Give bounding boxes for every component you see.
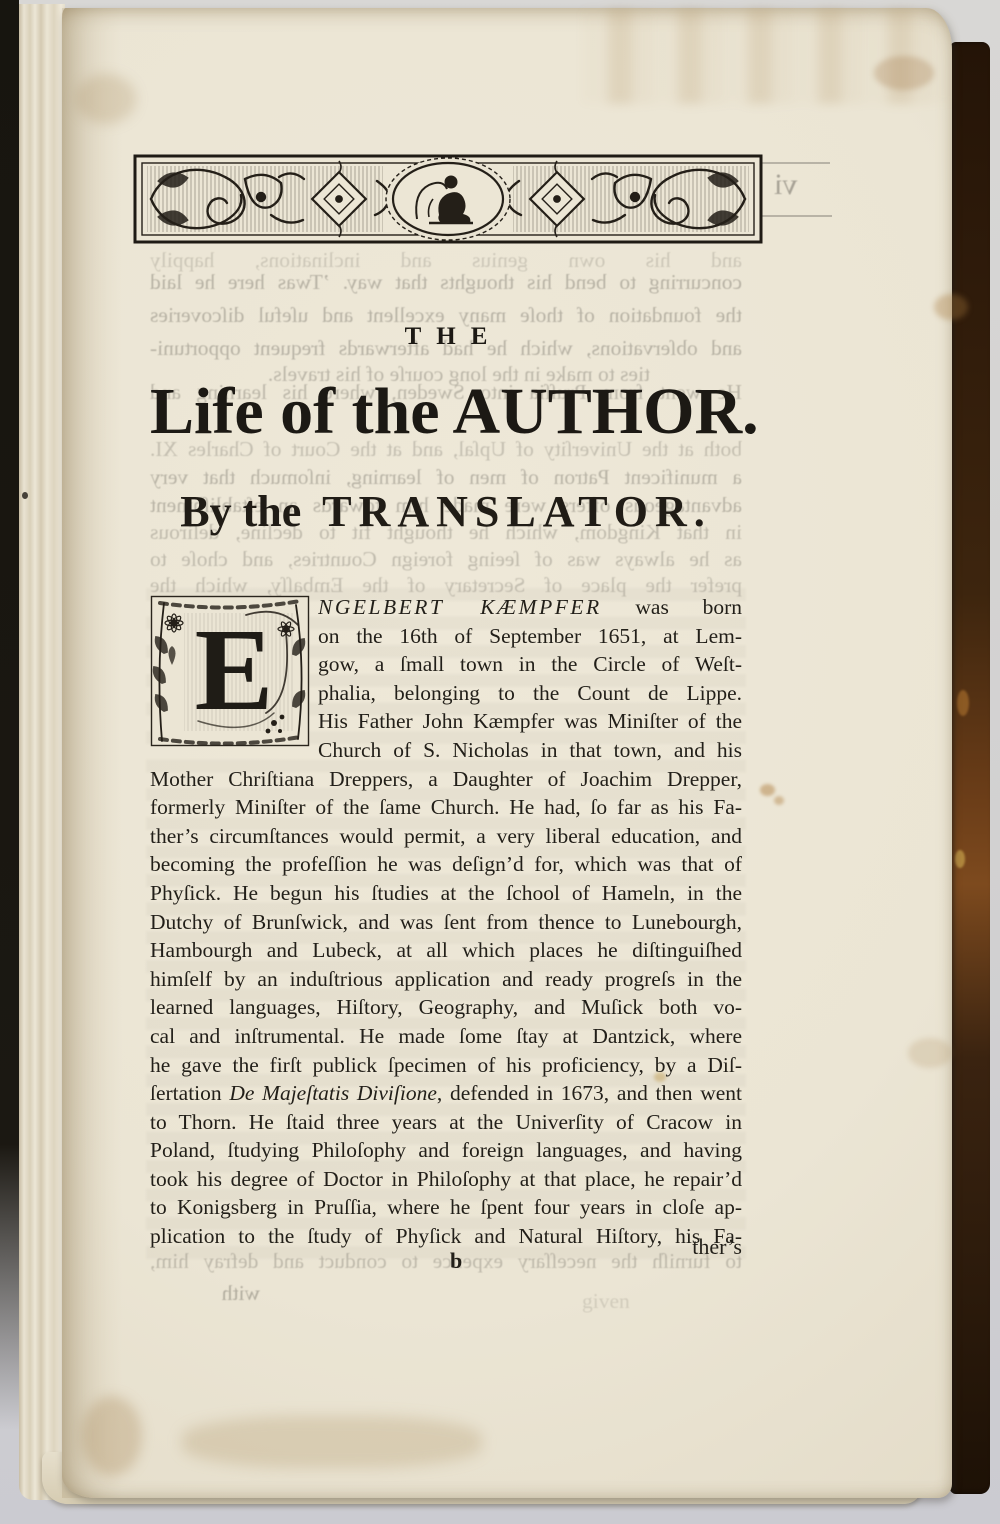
- body-text-line: he gave the firſt publick ſpecimen of hi…: [150, 1051, 742, 1080]
- subtitle-prefix: By the: [180, 487, 301, 536]
- body-text-line: Dutchy of Brunſwick, and was ſent from t…: [150, 908, 742, 937]
- body-text-line: Church of S. Nicholas in that town, and …: [318, 736, 742, 765]
- body-text-line: becoming the profeſſion he was deſign’d …: [150, 850, 742, 879]
- ink-speck: [22, 492, 28, 499]
- bleedthrough-text-line: given: [582, 1288, 702, 1314]
- body-text-line: cal and inſtrumental. He made ſome ſtay …: [150, 1022, 742, 1051]
- body-text-line: His Father John Kæmpfer was Miniſter of …: [318, 707, 742, 736]
- body-text-line: ther’s circumſtances would permit, a ver…: [150, 822, 742, 851]
- kicker-the: THE: [150, 323, 742, 351]
- body-text-line: phalia, belonging to the Count de Lippe.: [318, 679, 742, 708]
- gutter-spine-shadow: [0, 0, 19, 1430]
- headpiece-woodcut-ornament: [133, 153, 763, 245]
- bleedthrough-text-line: concurring to bend his thoughts that way…: [150, 269, 742, 296]
- body-text-line: gow, a ſmall town in the Circle of Weſt-: [318, 650, 742, 679]
- body-text-line: to Konigsberg in Pruſſia, where he ſpent…: [150, 1193, 742, 1222]
- subtitle-caps: TRANSLATOR.: [322, 487, 712, 536]
- body-text-line: Phyſick. He begun his ſtudies at the ſch…: [150, 879, 742, 908]
- body-text-line: learned languages, Hiſtory, Geography, a…: [150, 993, 742, 1022]
- photo-of-book-page: { "colors": { "backdrop_grey": "#d3d2d2"…: [0, 0, 1000, 1524]
- body-paragraph: E NGELBERT KÆMPFER was bornon the 16th o…: [150, 593, 742, 1251]
- binding-wear-mark: [957, 690, 969, 716]
- body-text-line: NGELBERT KÆMPFER was born: [318, 593, 742, 622]
- leather-binding-edge: [950, 42, 990, 1494]
- body-text-line: Mother Chriſtiana Dreppers, a Daughter o…: [150, 765, 742, 794]
- bleedthrough-text-line: with: [150, 1280, 260, 1306]
- body-text-line: Hambourgh and Lubeck, at all which place…: [150, 936, 742, 965]
- catchword: ther’s: [150, 1234, 742, 1260]
- page-subtitle: By the TRANSLATOR.: [150, 486, 742, 537]
- page-edges-stack: [19, 4, 65, 1500]
- body-text-line: Poland, ſtudying Philoſophy and foreign …: [150, 1136, 742, 1165]
- body-text-line: took his degree of Doctor in Philoſophy …: [150, 1165, 742, 1194]
- body-text-line: to Thorn. He ſtaid three years at the Un…: [150, 1108, 742, 1137]
- body-text-line: ſertation De Majeſtatis Diviſione, defen…: [150, 1079, 742, 1108]
- floriated-initial-E-woodcut: E: [150, 595, 310, 747]
- book-page: vi and his own genius and inclinations, …: [62, 8, 952, 1498]
- body-text-line: himſelf by an induſtrious application an…: [150, 965, 742, 994]
- bleedthrough-page-number: vi: [774, 168, 797, 202]
- bleedthrough-text-line: as he always was of ſeeing foreign Count…: [150, 546, 742, 573]
- page-title: Life of the AUTHOR.: [150, 374, 742, 450]
- svg-text:E: E: [195, 604, 274, 735]
- signature-mark: b: [450, 1248, 462, 1274]
- body-text-line: on the 16th of September 1651, at Lem-: [318, 622, 742, 651]
- body-text-line: formerly Miniſter of the ſame Church. He…: [150, 793, 742, 822]
- binding-wear-mark: [955, 850, 965, 868]
